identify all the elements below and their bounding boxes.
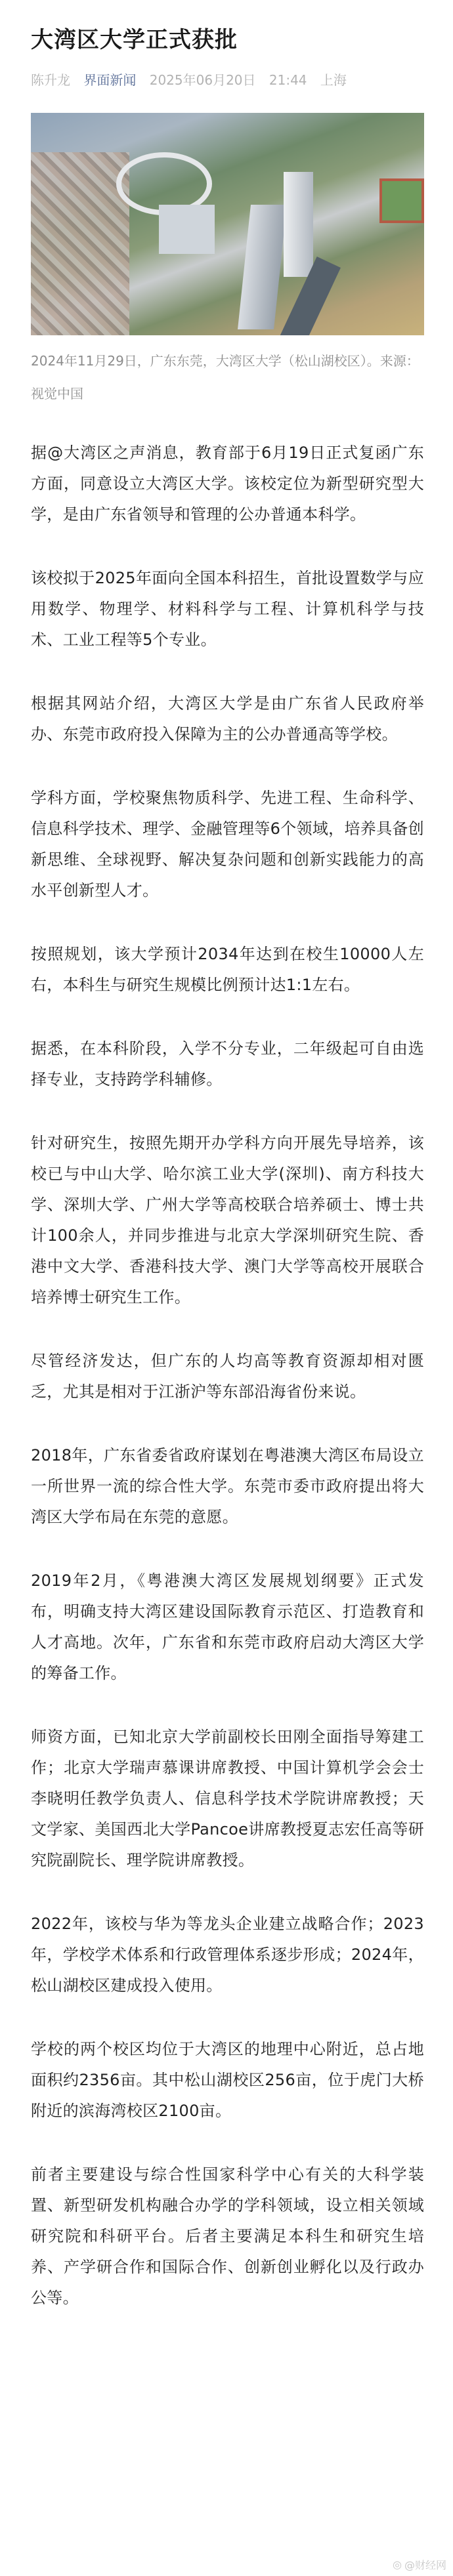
article-title: 大湾区大学正式获批 xyxy=(31,0,424,55)
photo-caption: 2024年11月29日，广东东莞，大湾区大学（松山湖校区）。来源：视觉中国 xyxy=(31,344,424,410)
author-name: 陈升龙 xyxy=(31,72,70,88)
photo-town-area xyxy=(31,152,129,335)
article-body: 据@大湾区之声消息，教育部于6月19日正式复函广东方面，同意设立大湾区大学。该校… xyxy=(31,438,424,2314)
paragraph: 师资方面，已知北京大学前副校长田刚全面指导筹建工作；北京大学瑞声慕课讲席教授、中… xyxy=(31,1722,424,1876)
photo-tower xyxy=(238,205,287,329)
photo-tower xyxy=(284,172,313,277)
weibo-icon: ◎ xyxy=(393,2558,402,2571)
publish-time: 21:44 xyxy=(269,72,307,88)
paragraph: 根据其网站介绍，大湾区大学是由广东省人民政府举办、东莞市政府投入保障为主的公办普… xyxy=(31,688,424,750)
photo-sports-field xyxy=(379,178,424,223)
paragraph: 据悉，在本科阶段，入学不分专业，二年级起可自由选择专业，支持跨学科辅修。 xyxy=(31,1033,424,1095)
paragraph: 尽管经济发达，但广东的人均高等教育资源却相对匮乏，尤其是相对于江浙沪等东部沿海省… xyxy=(31,1346,424,1407)
article-page: 大湾区大学正式获批 陈升龙 界面新闻 2025年06月20日 21:44 上海 … xyxy=(0,0,453,2576)
paragraph: 2019年2月，《粤港澳大湾区发展规划纲要》正式发布，明确支持大湾区建设国际教育… xyxy=(31,1566,424,1689)
watermark: ◎ @财经网 xyxy=(393,2557,446,2572)
source-link[interactable]: 界面新闻 xyxy=(83,72,136,88)
paragraph: 针对研究生，按照先期开办学科方向开展先导培养，该校已与中山大学、哈尔滨工业大学(… xyxy=(31,1128,424,1313)
article-meta: 陈升龙 界面新闻 2025年06月20日 21:44 上海 xyxy=(31,71,424,89)
publish-location: 上海 xyxy=(320,72,347,88)
paragraph: 据@大湾区之声消息，教育部于6月19日正式复函广东方面，同意设立大湾区大学。该校… xyxy=(31,438,424,530)
paragraph: 学科方面，学校聚焦物质科学、先进工程、生命科学、信息科学技术、理学、金融管理等6… xyxy=(31,783,424,906)
watermark-text: @财经网 xyxy=(404,2557,446,2572)
paragraph: 前者主要建设与综合性国家科学中心有关的大科学装置、新型研发机构融合办学的学科领域… xyxy=(31,2159,424,2314)
paragraph: 该校拟于2025年面向全国本科招生，首批设置数学与应用数学、物理学、材料科学与工… xyxy=(31,563,424,655)
paragraph: 2018年，广东省委省政府谋划在粤港澳大湾区布局设立一所世界一流的综合性大学。东… xyxy=(31,1440,424,1533)
paragraph: 学校的两个校区均位于大湾区的地理中心附近，总占地面积约2356亩。其中松山湖校区… xyxy=(31,2034,424,2127)
paragraph: 按照规划，该大学预计2034年达到在校生10000人左右，本科生与研究生规模比例… xyxy=(31,939,424,1001)
paragraph: 2022年，该校与华为等龙头企业建立战略合作；2023年，学校学术体系和行政管理… xyxy=(31,1909,424,2001)
article-photo[interactable] xyxy=(31,113,424,335)
publish-date: 2025年06月20日 xyxy=(150,72,256,88)
photo-block-building xyxy=(159,205,215,254)
